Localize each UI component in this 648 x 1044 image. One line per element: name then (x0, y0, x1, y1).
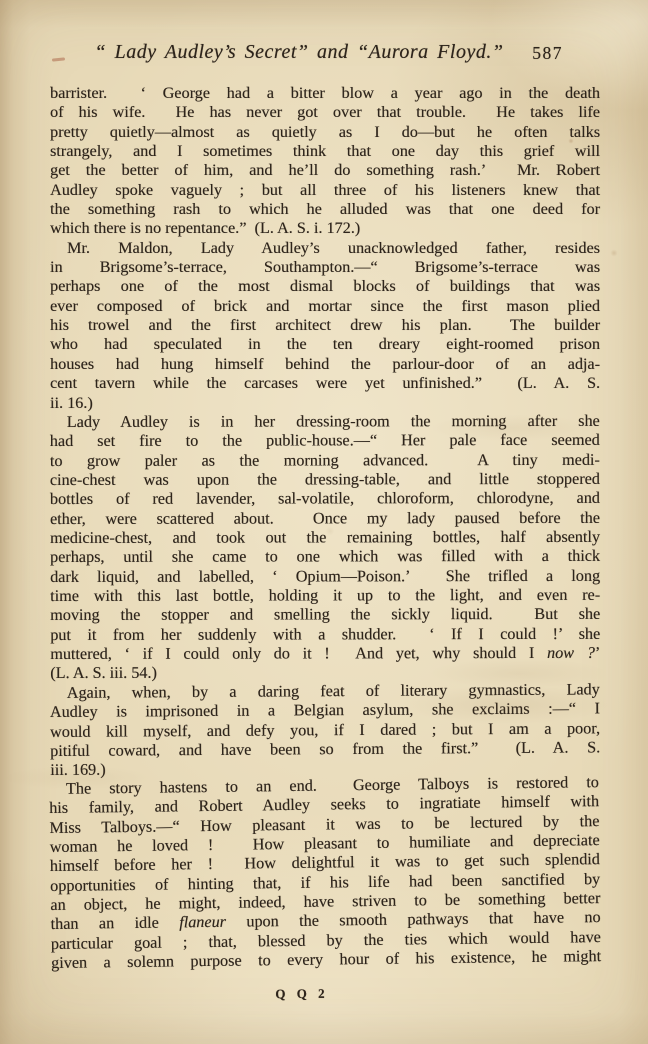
text-line: strangely, and I sometimes think that on… (50, 142, 600, 161)
text-line: muttered, ‘ if I could only do it ! And … (50, 644, 600, 664)
printer-signature: Q Q 2 (232, 985, 372, 1002)
text-line: pretty quietly—almost as quietly as I do… (50, 123, 600, 142)
text-line: Mr. Maldon, Lady Audley’s unacknowledged… (50, 239, 600, 258)
text-line: medicine-chest, and took out the remaini… (50, 528, 600, 548)
text-line: time with this last bottle, holding it u… (50, 586, 600, 606)
text-line: ever composed of brick and mortar since … (50, 297, 600, 316)
paragraph-2: Mr. Maldon, Lady Audley’s unacknowledged… (50, 239, 600, 413)
scanned-page: “ Lady Audley’s Secret” and “Aurora Floy… (0, 0, 648, 1044)
paragraph-3: Lady Audley is in her dressing-room the … (50, 412, 601, 684)
text-line: barrister. ‘ George had a bitter blow a … (50, 84, 600, 103)
text-line: cent tavern while the carcases were yet … (50, 374, 600, 393)
text-line: the something rash to which he alluded w… (50, 200, 600, 219)
text-line: to grow paler as the morning advanced. A… (50, 450, 600, 470)
text-line: his trowel and the first architect drew … (50, 316, 600, 335)
text-line: dark liquid, and labelled, ‘ Opium—Poiso… (50, 566, 600, 586)
page-body: barrister. ‘ George had a bitter blow a … (50, 84, 600, 974)
text-line: Lady Audley is in her dressing-room the … (50, 412, 600, 432)
page-number: 587 (532, 43, 563, 64)
text-line: moving the stopper and smelling the sick… (50, 605, 600, 625)
text-line: perhaps one of the most dismal blocks of… (50, 277, 600, 296)
text-line: which there is no repentance.” (L. A. S.… (50, 219, 600, 238)
text-line: had set fire to the public-house.—“ Her … (50, 431, 600, 451)
text-line: of his wife. He has never got over that … (50, 103, 600, 122)
page-header: “ Lady Audley’s Secret” and “Aurora Floy… (50, 41, 600, 69)
text-line: perhaps, until she came to one which was… (50, 547, 600, 567)
text-line: in Brigsome’s-terrace, Southampton.—“ Br… (50, 258, 600, 277)
text-line: pitiful coward, and have been so from th… (50, 738, 600, 761)
text-line: cine-chest was upon the dressing-table, … (50, 470, 600, 490)
text-line: get the better of him, and he’ll do some… (50, 161, 600, 180)
paragraph-1: barrister. ‘ George had a bitter blow a … (50, 84, 600, 239)
text-line: bottles of red lavender, sal-volatile, c… (50, 489, 600, 509)
paragraph-5: The story hastens to an end. George Talb… (49, 773, 601, 973)
text-line: Audley spoke vaguely ; but all three of … (50, 181, 600, 200)
text-line: who had speculated in the ten dreary eig… (50, 335, 600, 354)
text-line: ii. 16.) (50, 394, 600, 413)
running-title: “ Lady Audley’s Secret” and “Aurora Floy… (50, 41, 548, 64)
text-line: houses had hung himself behind the parlo… (50, 355, 600, 374)
paragraph-4: Again, when, by a daring feat of literar… (50, 680, 601, 780)
text-line: put it from her suddenly with a shudder.… (50, 624, 600, 644)
text-line: ether, were scattered about. Once my lad… (50, 508, 600, 528)
